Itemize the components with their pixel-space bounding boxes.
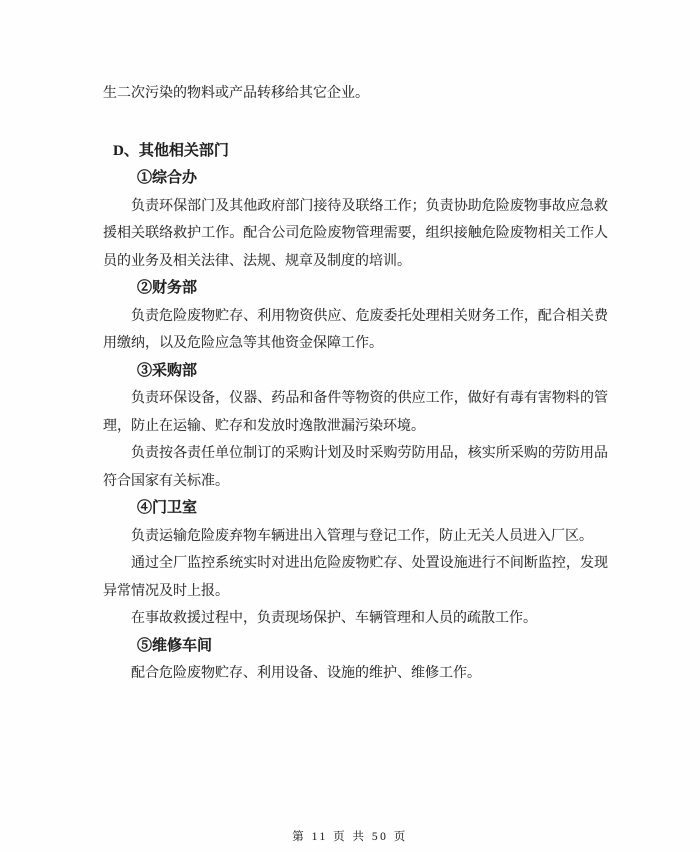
paragraph: 通过全厂监控系统实时对进出危险废物贮存、处置设施进行不间断监控，发现异常情况及时… (103, 550, 608, 605)
paragraph: 负责按各责任单位制订的采购计划及时采购劳防用品，核实所采购的劳防用品符合国家有关… (103, 440, 608, 495)
paragraph: 配合危险废物贮存、利用设备、设施的维护、维修工作。 (103, 660, 608, 688)
section-heading: ①综合办 (103, 165, 608, 193)
paragraph: 生二次污染的物料或产品转移给其它企业。 (103, 80, 608, 108)
section-heading: D、其他相关部门 (103, 138, 608, 166)
page-footer: 第 11 页 共 50 页 (0, 828, 700, 844)
document-page: 生二次污染的物料或产品转移给其它企业。D、其他相关部门①综合办负责环保部门及其他… (0, 0, 700, 852)
section-heading: ②财务部 (103, 275, 608, 303)
section-heading: ⑤维修车间 (103, 633, 608, 661)
page-number-label: 第 11 页 共 50 页 (292, 831, 407, 843)
paragraph: 负责危险废物贮存、利用物资供应、危废委托处理相关财务工作，配合相关费用缴纳，以及… (103, 303, 608, 358)
document-body: 生二次污染的物料或产品转移给其它企业。D、其他相关部门①综合办负责环保部门及其他… (103, 80, 608, 688)
section-heading: ④门卫室 (103, 495, 608, 523)
paragraph: 在事故救援过程中，负责现场保护、车辆管理和人员的疏散工作。 (103, 605, 608, 633)
paragraph: 负责环保设备，仪器、药品和备件等物资的供应工作，做好有毒有害物料的管理，防止在运… (103, 385, 608, 440)
section-heading: ③采购部 (103, 358, 608, 386)
paragraph: 负责环保部门及其他政府部门接待及联络工作；负责协助危险废物事故应急救援相关联络救… (103, 193, 608, 276)
paragraph: 负责运输危险废弃物车辆进出入管理与登记工作，防止无关人员进入厂区。 (103, 523, 608, 551)
